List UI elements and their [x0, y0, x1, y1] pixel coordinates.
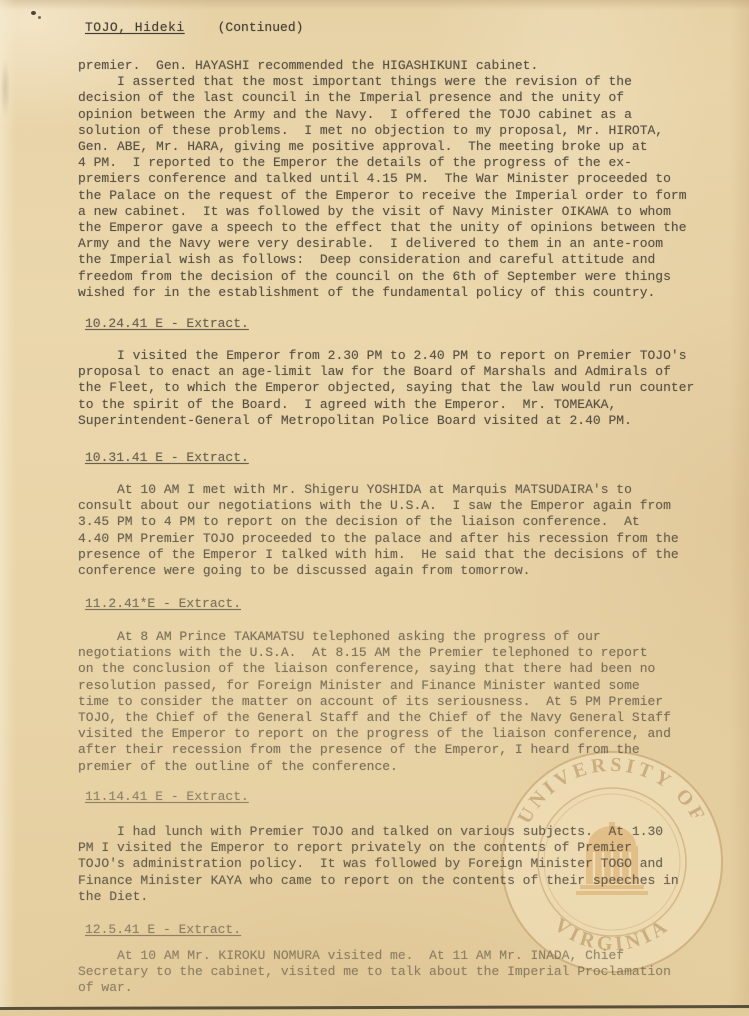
entry-heading-10-31-41: 10.31.41 E - Extract. — [85, 450, 749, 466]
entry-heading-12-5-41: 12.5.41 E - Extract. — [85, 922, 749, 938]
continued-label: (Continued) — [218, 20, 304, 35]
scan-edge-left — [0, 0, 16, 1016]
ink-speck — [31, 11, 36, 15]
entry-body-11-2-41: At 8 AM Prince TAKAMATSU telephoned aski… — [78, 629, 749, 775]
entry-heading-10-24-41: 10.24.41 E - Extract. — [85, 316, 749, 332]
subject-name: TOJO, Hideki — [85, 20, 185, 35]
scan-edge-bottom-paper — [0, 1009, 749, 1016]
scanned-document-page: UNIVERSITY OF VIRGINIA TOJO, Hideki(Cont… — [0, 0, 749, 1016]
entry-body-12-5-41: At 10 AM Mr. KIROKU NOMURA visited me. A… — [78, 948, 749, 997]
entry-heading-11-2-41: 11.2.41*E - Extract. — [85, 596, 749, 612]
scan-edge-top — [0, 0, 749, 10]
page-header: TOJO, Hideki(Continued) — [85, 20, 303, 36]
entry-heading-11-14-41: 11.14.41 E - Extract. — [85, 789, 749, 805]
ink-speck — [38, 16, 41, 19]
entry-body-11-14-41: I had lunch with Premier TOJO and talked… — [78, 824, 749, 905]
scan-edge-right — [729, 0, 749, 1016]
paragraph-continuation: premier. Gen. HAYASHI recommended the HI… — [78, 58, 749, 301]
entry-body-10-24-41: I visited the Emperor from 2.30 PM to 2.… — [78, 348, 749, 429]
entry-body-10-31-41: At 10 AM I met with Mr. Shigeru YOSHIDA … — [78, 482, 749, 579]
